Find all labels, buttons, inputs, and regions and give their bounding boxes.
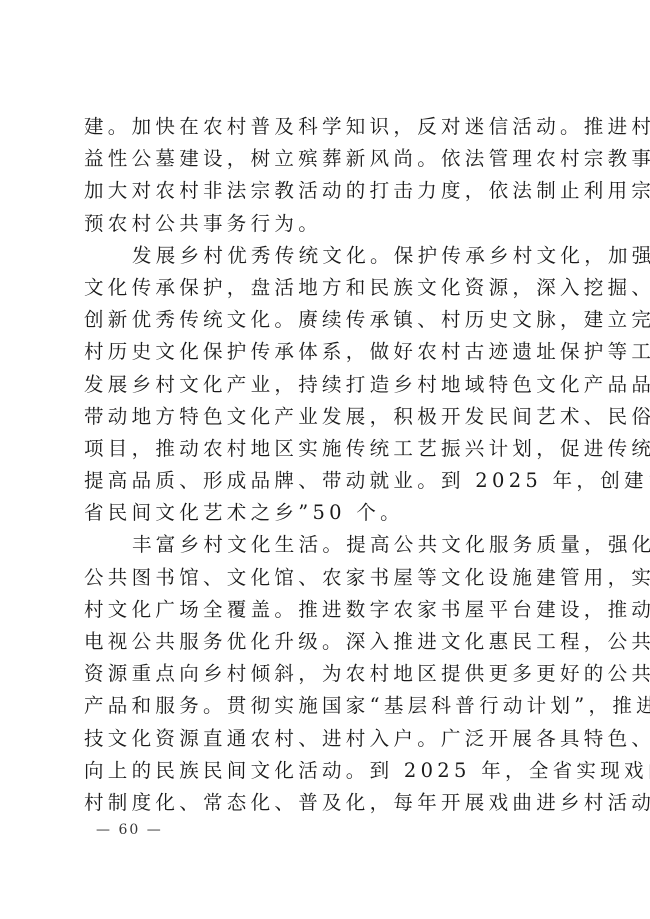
paragraph-traditional-culture: 发展乡村优秀传统文化。保护传承乡村文化，加强农耕 文化传承保护，盘活地方和民族文…	[84, 240, 568, 530]
paragraph-civilization: 建。加快在农村普及科学知识，反对迷信活动。推进村级公 益性公墓建设，树立殡葬新风…	[84, 111, 568, 240]
text-line: 带动地方特色文化产业发展，积极开发民间艺术、民俗表演	[84, 401, 568, 433]
text-line: 创新优秀传统文化。赓续传承镇、村历史文脉，建立完善镇	[84, 304, 568, 336]
body-text: 建。加快在农村普及科学知识，反对迷信活动。推进村级公 益性公墓建设，树立殡葬新风…	[84, 111, 568, 819]
page-number: — 60 —	[96, 819, 163, 841]
text-line: 发展乡村文化产业，持续打造乡村地域特色文化产品品牌，	[84, 369, 568, 401]
text-line: 资源重点向乡村倾斜，为农村地区提供更多更好的公共文化	[84, 658, 568, 690]
paragraph-cultural-life: 丰富乡村文化生活。提高公共文化服务质量，强化基层 公共图书馆、文化馆、农家书屋等…	[84, 529, 568, 819]
text-line: 丰富乡村文化生活。提高公共文化服务质量，强化基层	[84, 529, 568, 561]
text-line: 电视公共服务优化升级。深入推进文化惠民工程，公共文化	[84, 626, 568, 658]
text-line: 产品和服务。贯彻实施国家“基层科普行动计划”，推进科	[84, 690, 568, 722]
text-line: 村历史文化保护传承体系，做好农村古迹遗址保护等工作。	[84, 336, 568, 368]
text-line: 益性公墓建设，树立殡葬新风尚。依法管理农村宗教事务，	[84, 143, 568, 175]
text-line: 文化传承保护，盘活地方和民族文化资源，深入挖掘、传承	[84, 272, 568, 304]
text-line: 项目，推动农村地区实施传统工艺振兴计划，促进传统工艺	[84, 433, 568, 465]
text-line: 村制度化、常态化、普及化，每年开展戏曲进乡村活动 200	[84, 787, 568, 819]
document-page: 建。加快在农村普及科学知识，反对迷信活动。推进村级公 益性公墓建设，树立殡葬新风…	[0, 0, 650, 919]
text-line: 加大对农村非法宗教活动的打击力度，依法制止利用宗教干	[84, 175, 568, 207]
text-line: 提高品质、形成品牌、带动就业。到 2025 年，创建“辽宁	[84, 465, 568, 497]
text-line: 技文化资源直通农村、进村入户。广泛开展各具特色、乐观	[84, 723, 568, 755]
text-line: 村文化广场全覆盖。推进数字农家书屋平台建设，推动广播	[84, 594, 568, 626]
text-line: 发展乡村优秀传统文化。保护传承乡村文化，加强农耕	[84, 240, 568, 272]
text-line: 建。加快在农村普及科学知识，反对迷信活动。推进村级公	[84, 111, 568, 143]
text-line: 向上的民族民间文化活动。到 2025 年，全省实现戏曲进乡	[84, 755, 568, 787]
text-line: 预农村公共事务行为。	[84, 208, 568, 240]
text-line: 省民间文化艺术之乡”50 个。	[84, 497, 568, 529]
text-line: 公共图书馆、文化馆、农家书屋等文化设施建管用，实现乡	[84, 562, 568, 594]
